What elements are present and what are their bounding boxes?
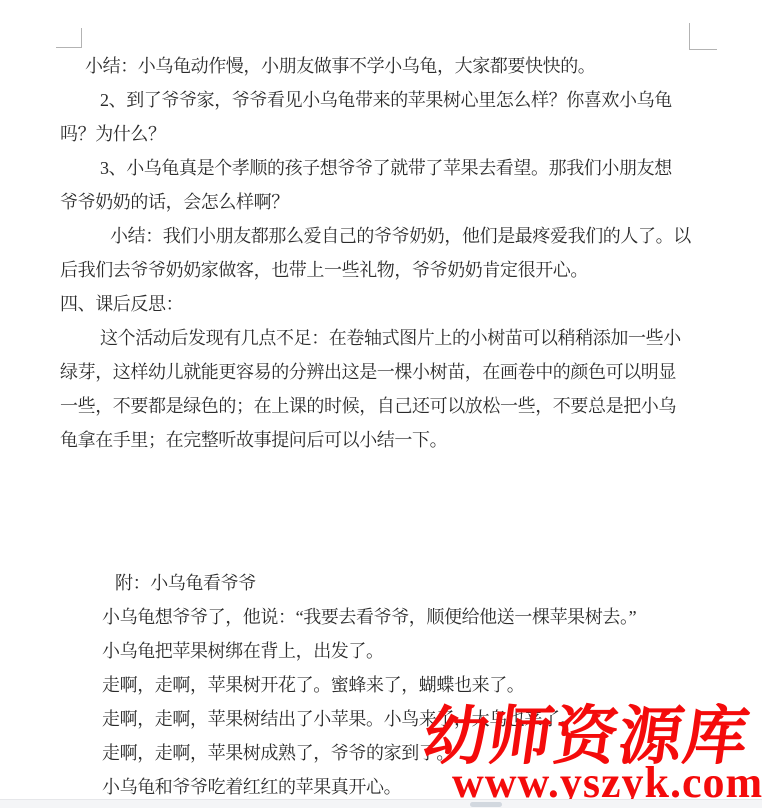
text-line: 吗？为什么？ — [60, 117, 760, 151]
text-line: 四、课后反思： — [60, 287, 760, 321]
text-line: 小结：小乌龟动作慢，小朋友做事不学小乌龟，大家都要快快的。 — [60, 49, 760, 83]
text-line: 小结：我们小朋友都那么爱自己的爷爷奶奶，他们是最疼爱我们的人了。以 — [60, 219, 760, 253]
text-line: 爷爷奶奶的话，会怎么样啊？ — [60, 185, 760, 219]
text-boundary-corner-mark-right — [689, 23, 717, 50]
text-line: 这个活动后发现有几点不足：在卷轴式图片上的小树苗可以稍稍添加一些小 — [60, 321, 760, 355]
text-line: 小乌龟想爷爷了，他说：“我要去看爷爷，顺便给他送一棵苹果树去。” — [60, 600, 760, 634]
text-line: 一些，不要都是绿色的；在上课的时候，自己还可以放松一些，不要总是把小乌 — [60, 389, 760, 423]
horizontal-scrollbar-thumb[interactable] — [470, 802, 502, 807]
horizontal-scrollbar-track[interactable] — [0, 799, 762, 808]
section-gap — [60, 457, 760, 566]
document-page: 小结：小乌龟动作慢，小朋友做事不学小乌龟，大家都要快快的。2、到了爷爷家，爷爷看… — [0, 0, 762, 808]
text-line: 走啊，走啊，苹果树开花了。蜜蜂来了，蝴蝶也来了。 — [60, 668, 760, 702]
text-boundary-corner-mark-left — [56, 28, 82, 48]
text-line: 绿芽，这样幼儿就能更容易的分辨出这是一棵小树苗，在画卷中的颜色可以明显 — [60, 355, 760, 389]
text-line: 龟拿在手里；在完整听故事提问后可以小结一下。 — [60, 423, 760, 457]
text-line: 附：小乌龟看爷爷 — [60, 566, 760, 600]
document-text: 小结：小乌龟动作慢，小朋友做事不学小乌龟，大家都要快快的。2、到了爷爷家，爷爷看… — [60, 49, 760, 804]
text-line: 3、小乌龟真是个孝顺的孩子想爷爷了就带了苹果去看望。那我们小朋友想 — [60, 151, 760, 185]
body-text-block: 小结：小乌龟动作慢，小朋友做事不学小乌龟，大家都要快快的。2、到了爷爷家，爷爷看… — [60, 49, 760, 457]
text-line: 2、到了爷爷家，爷爷看见小乌龟带来的苹果树心里怎么样？你喜欢小乌龟 — [60, 83, 760, 117]
text-line: 后我们去爷爷奶奶家做客，也带上一些礼物，爷爷奶奶肯定很开心。 — [60, 253, 760, 287]
watermark-brand: 幼师资源库 — [420, 706, 753, 766]
text-line: 小乌龟把苹果树绑在背上，出发了。 — [60, 634, 760, 668]
